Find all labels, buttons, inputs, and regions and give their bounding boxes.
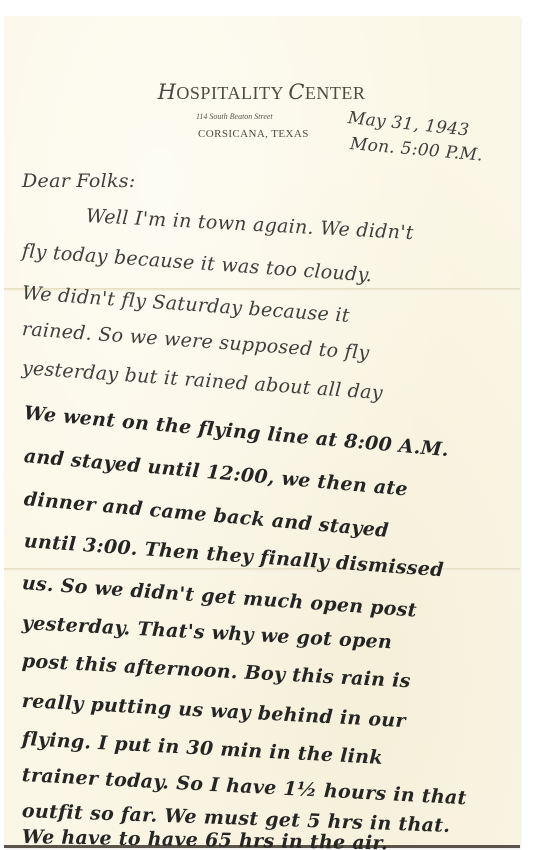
letterhead-title-part1: OSPITALITY: [176, 83, 288, 103]
letterhead-title: HOSPITALITY CENTER: [124, 80, 399, 104]
letterhead-street: 114 South Beaton Street: [196, 112, 273, 121]
letterhead-initial-c: C: [288, 80, 305, 104]
letterhead-city: CORSICANA, TEXAS: [198, 128, 309, 140]
letterhead-initial-h: H: [158, 80, 177, 104]
letterhead-title-part2: ENTER: [305, 83, 366, 103]
letterhead: HOSPITALITY CENTER: [124, 80, 399, 104]
salutation: Dear Folks:: [22, 170, 136, 192]
